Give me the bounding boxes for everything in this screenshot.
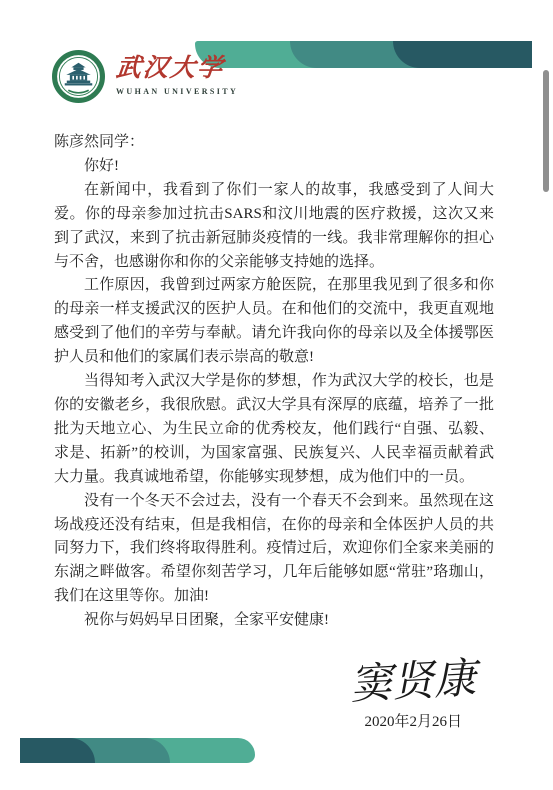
- bottom-ribbon-segment-dark: [20, 738, 95, 763]
- signature: 窦贤康: [349, 655, 495, 709]
- letter-paragraph: 工作原因，我曾到过两家方舱医院，在那里我见到了很多和你的母亲一样支援武汉的医护人…: [54, 274, 494, 370]
- signature-block: 窦贤康 2020年2月26日: [54, 659, 494, 735]
- letter-paragraph: 在新闻中，我看到了你们一家人的故事，我感受到了人间大爱。你的母亲参加过抗击SAR…: [54, 179, 494, 275]
- letter-paragraph: 没有一个冬天不会过去，没有一个春天不会到来。虽然现在这场战疫还没有结束，但是我相…: [54, 490, 494, 610]
- university-logo: 武汉大学 WUHAN UNIVERSITY: [52, 50, 238, 103]
- logo-wordmark: 武汉大学 WUHAN UNIVERSITY: [116, 50, 238, 96]
- letter-body: 陈彦然同学： 你好! 在新闻中，我看到了你们一家人的故事，我感受到了人间大爱。你…: [54, 131, 494, 735]
- letter-paragraph: 当得知考入武汉大学是你的梦想，作为武汉大学的校长，也是你的安徽老乡，我很欣慰。武…: [54, 370, 494, 490]
- letter-closing-wish: 祝你与妈妈早日团聚，全家平安健康!: [54, 609, 494, 633]
- university-name-cn: 武汉大学: [114, 54, 239, 84]
- scrollbar-thumb[interactable]: [543, 70, 549, 192]
- university-seal-icon: [52, 50, 105, 103]
- university-name-en: WUHAN UNIVERSITY: [116, 87, 238, 96]
- letter-salutation: 陈彦然同学：: [54, 131, 494, 155]
- letter-greeting: 你好!: [54, 155, 494, 179]
- top-ribbon-segment-dark: [393, 41, 532, 68]
- letter-date: 2020年2月26日: [54, 711, 494, 735]
